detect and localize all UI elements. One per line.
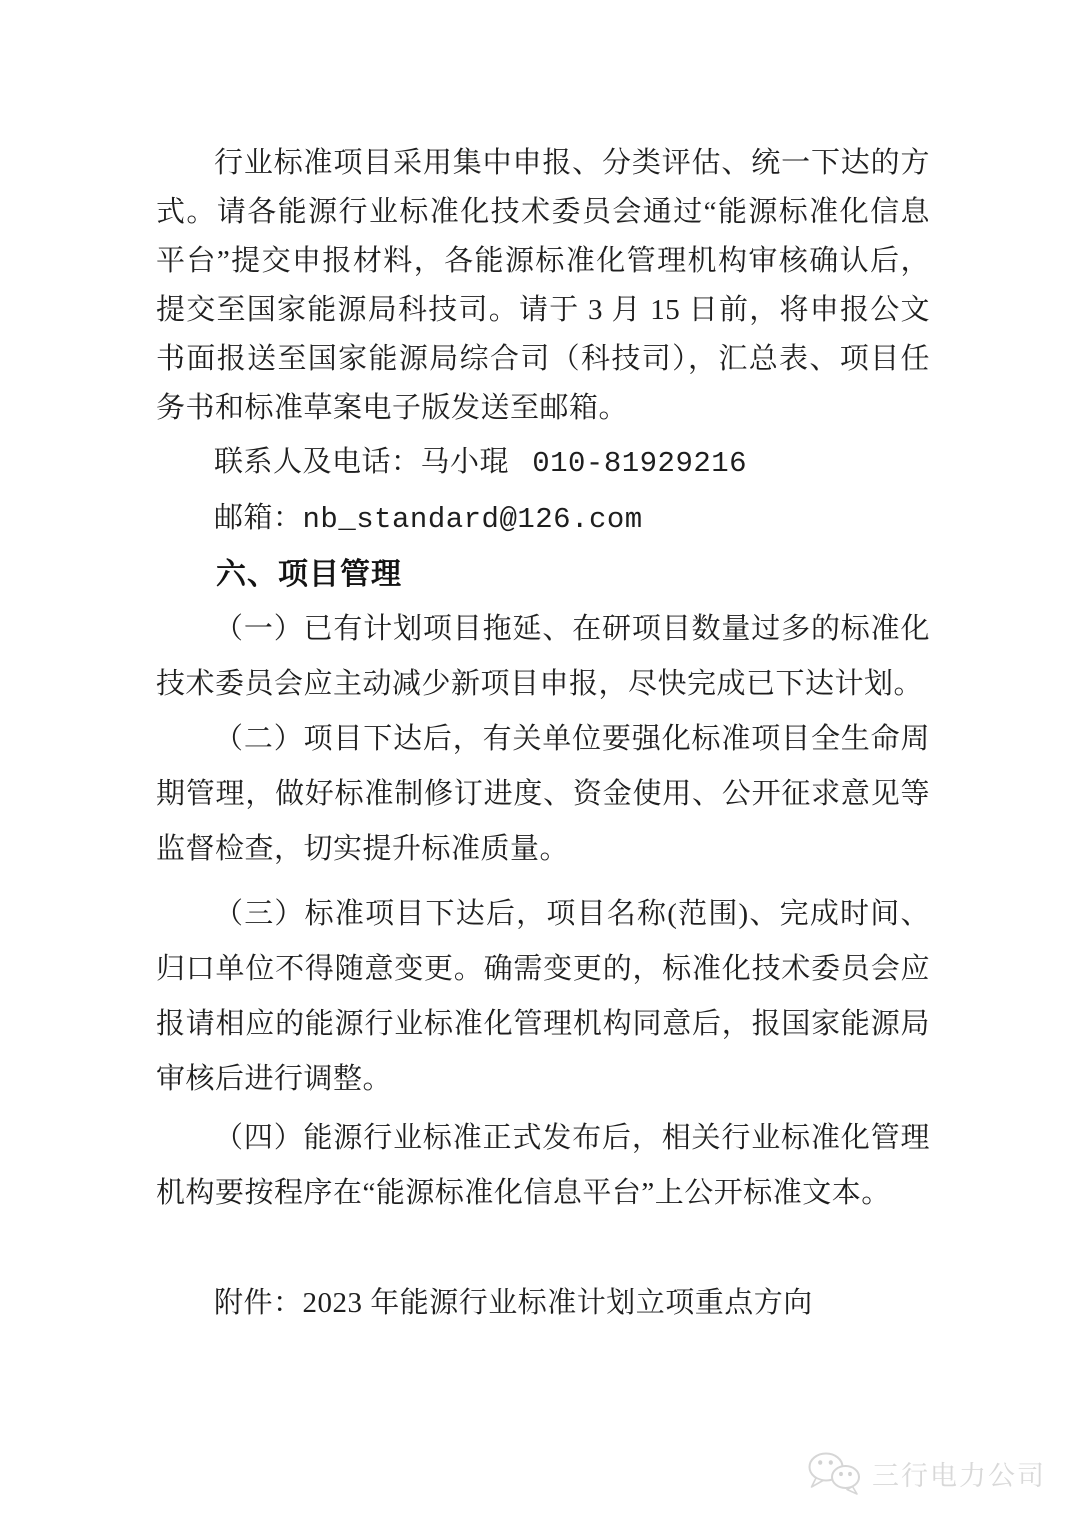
watermark: 三行电力公司 (805, 1450, 1046, 1496)
item-paragraph-1: （一）已有计划项目拖延、在研项目数量过多的标准化技术委员会应主动减少新项目申报，… (156, 602, 930, 712)
section-heading: 六、项目管理 (156, 547, 930, 602)
email-line: 邮箱：nb_standard@126.com (156, 491, 930, 547)
contact-line: 联系人及电话：马小琨010-81929216 (156, 435, 930, 491)
contact-name: 马小琨 (421, 446, 510, 478)
attachment-line: 附件：2023 年能源行业标准计划立项重点方向 (156, 1276, 930, 1331)
email-address: nb_standard@126.com (303, 503, 643, 536)
email-label: 邮箱： (214, 502, 303, 534)
item-paragraph-4: （四）能源行业标准正式发布后，相关行业标准化管理机构要按程序在“能源标准化信息平… (156, 1111, 930, 1221)
contact-phone: 010-81929216 (532, 447, 747, 480)
watermark-text: 三行电力公司 (872, 1454, 1046, 1493)
intro-paragraph: 行业标准项目采用集中申报、分类评估、统一下达的方式。请各能源行业标准化技术委员会… (156, 139, 930, 433)
item-paragraph-3: （三）标准项目下达后，项目名称(范围)、完成时间、归口单位不得随意变更。确需变更… (156, 887, 930, 1107)
document-page: 行业标准项目采用集中申报、分类评估、统一下达的方式。请各能源行业标准化技术委员会… (0, 0, 1080, 1526)
wechat-icon (805, 1450, 863, 1496)
item-paragraph-2: （二）项目下达后，有关单位要强化标准项目全生命周期管理，做好标准制修订进度、资金… (156, 712, 930, 877)
contact-label: 联系人及电话： (214, 446, 421, 478)
